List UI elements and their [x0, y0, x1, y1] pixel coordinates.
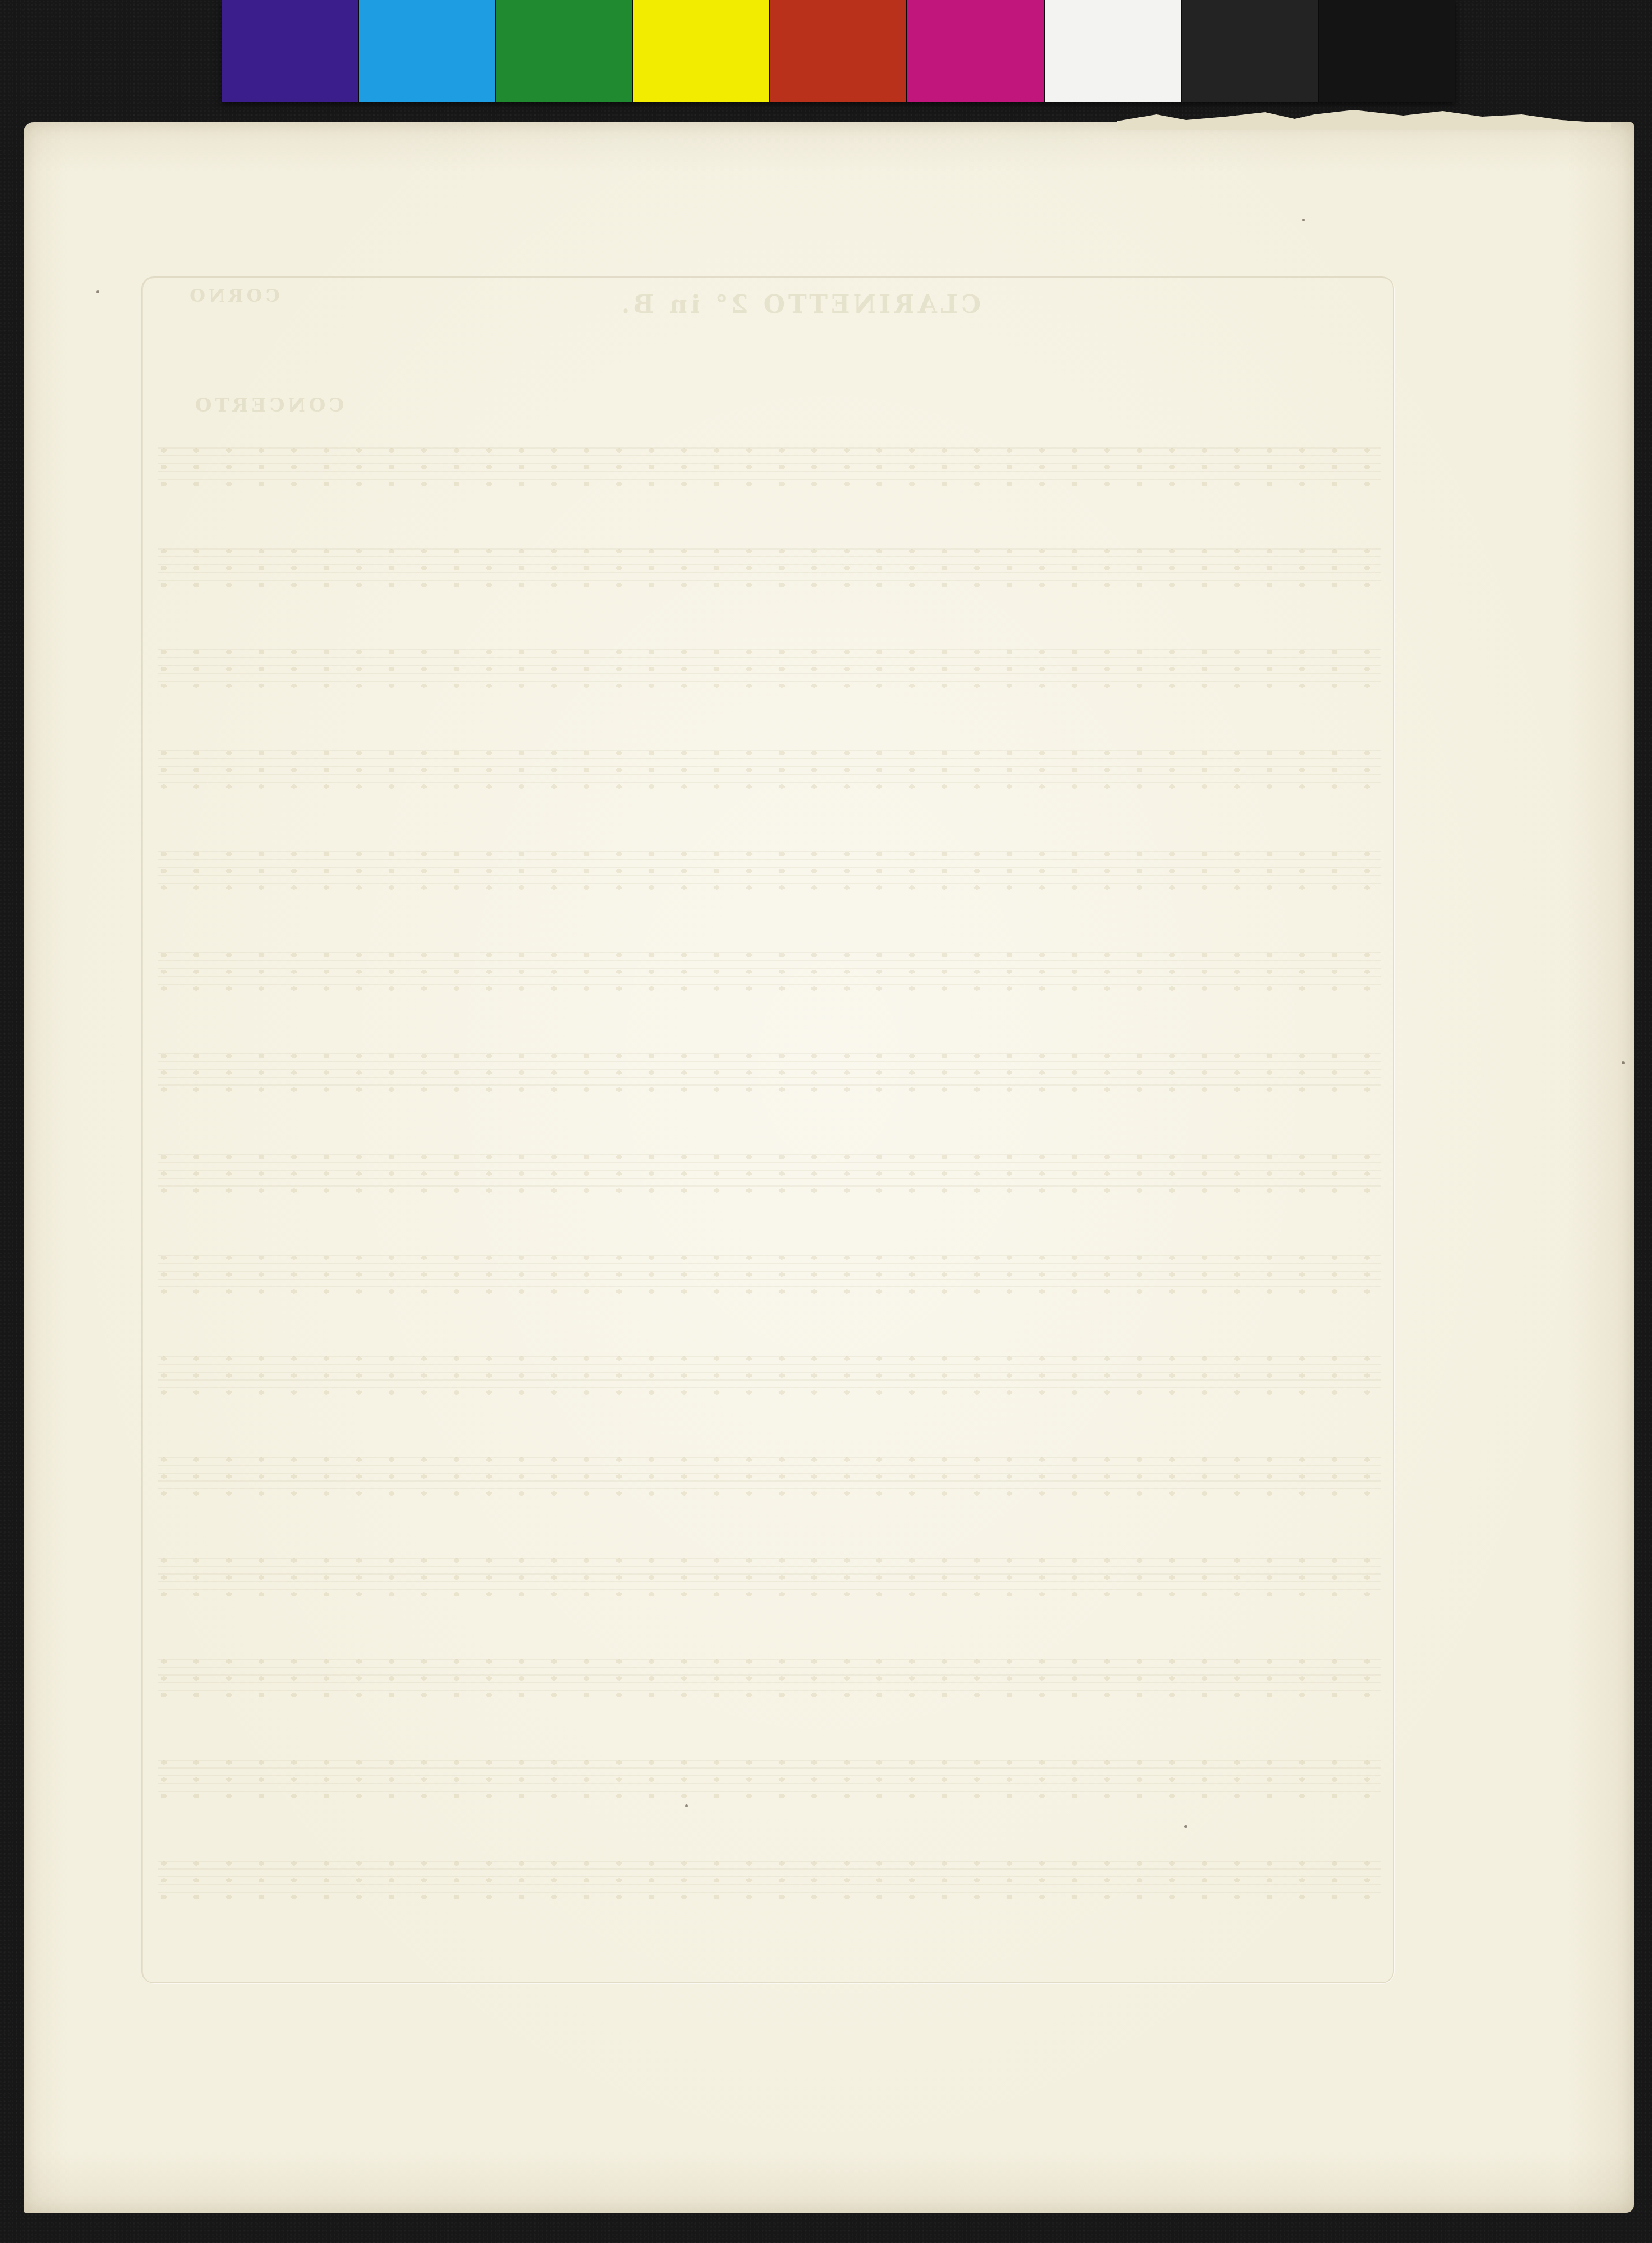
stave [158, 1636, 1381, 1737]
paper-speck [1622, 1061, 1625, 1064]
paper-speck [1184, 1825, 1187, 1828]
paper-sheet: CLARINETTO 2° in B. CORNO CONCERTO [24, 122, 1634, 2213]
stave [158, 1031, 1381, 1132]
stave [158, 1838, 1381, 1939]
stave [158, 728, 1381, 829]
show-through-staves [158, 425, 1381, 1950]
stave [158, 1233, 1381, 1333]
paper-speck [1302, 219, 1305, 221]
color-patch-green [496, 0, 633, 102]
stave [158, 930, 1381, 1031]
color-patch-yellow [633, 0, 770, 102]
stave [158, 425, 1381, 526]
stave [158, 1333, 1381, 1434]
color-patch-purple [222, 0, 359, 102]
color-patch-dark-gray [1182, 0, 1319, 102]
color-patch-magenta [907, 0, 1045, 102]
paper-speck [96, 290, 99, 293]
stave [158, 627, 1381, 728]
show-through-instrument: CORNO [186, 285, 280, 306]
stave [158, 1535, 1381, 1636]
stave [158, 1737, 1381, 1838]
torn-edge [1117, 108, 1611, 130]
stave [158, 829, 1381, 930]
color-patch-black [1319, 0, 1455, 102]
color-calibration-target [222, 0, 1455, 102]
paper-speck [685, 1804, 688, 1807]
color-patch-white [1045, 0, 1182, 102]
show-through-concerto: CONCERTO [192, 394, 344, 417]
color-patch-cyan [359, 0, 496, 102]
show-through-header: CLARINETTO 2° in B. [618, 290, 981, 319]
stave [158, 1132, 1381, 1233]
stave [158, 1434, 1381, 1535]
color-patch-red [770, 0, 908, 102]
stave [158, 526, 1381, 627]
